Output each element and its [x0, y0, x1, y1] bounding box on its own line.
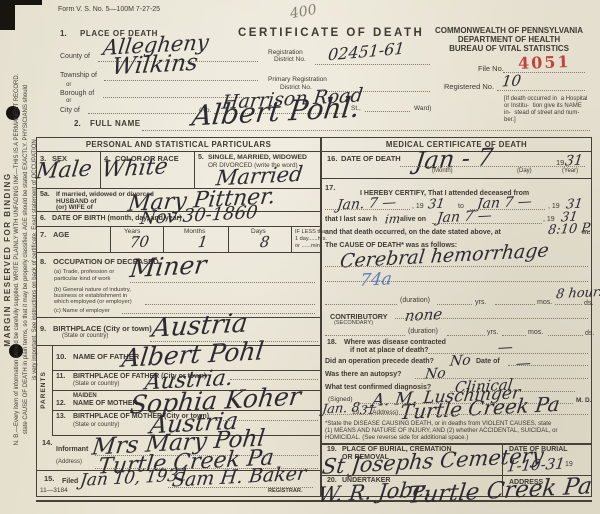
age-less-1: IF LESS than: [295, 229, 328, 235]
duration-line-2d: [548, 335, 583, 336]
occupation-c: (c) Name of employer: [54, 308, 110, 314]
age-col4: [291, 226, 292, 252]
registrar-label: REGISTRAR.: [268, 488, 303, 494]
registered-no-value: 10: [501, 71, 522, 90]
death-certificate-document: MARGIN RESERVED FOR BINDING N. B.—Every …: [0, 0, 600, 514]
spouse-no: 5a.: [40, 191, 50, 198]
row19-top-rule: [321, 443, 592, 445]
margin-nb-note: N. B.—Every item of information should b…: [14, 7, 20, 512]
informant-no: 14.: [42, 438, 52, 447]
row16-rule: [321, 178, 592, 179]
full-name-item-no: 2.: [74, 119, 81, 128]
form-number: Form V. S. No. 5—100M 7-27-25: [58, 6, 160, 13]
marital-label-1: SINGLE, MARRIED, WIDOWED: [208, 154, 307, 161]
md-label: M. D.: [576, 397, 592, 404]
file-no-stamp: 4051: [518, 52, 571, 73]
ds-label-1: ds.: [584, 300, 593, 307]
father-bp-line: [230, 379, 318, 380]
mother-label: NAME OF MOTHER: [73, 400, 138, 407]
city-label: City of: [60, 107, 80, 114]
mother-maiden-label: MAIDEN: [73, 393, 97, 399]
mos-label-1: mos.: [537, 299, 552, 306]
scan-edge-artifact: [0, 0, 42, 5]
reg-district-label-2: District No.: [274, 56, 306, 63]
full-name-label: FULL NAME: [90, 119, 141, 128]
cause-line-1: [325, 266, 588, 267]
burial-date-value: 1-10-31: [506, 454, 566, 475]
primary-district-label-1: Primary Registration: [268, 76, 327, 83]
personal-header-rule: [36, 151, 321, 152]
mother-bp-sub: (State or country): [73, 422, 119, 428]
dod-value: Jan - 7: [413, 143, 494, 175]
duration-label-2: (duration): [408, 328, 438, 335]
burial-date-label: DATE OF BURIAL: [509, 446, 568, 453]
occupation-b-line: [145, 304, 315, 305]
duration-line-2c: [502, 335, 526, 336]
attended-from-date: Jan. 7 —: [336, 194, 397, 213]
operation-label: Did an operation precede death?: [325, 358, 434, 365]
mother-no: 12.: [56, 400, 66, 407]
marital-no: 5.: [198, 154, 204, 161]
birthplace-no: 9.: [40, 324, 46, 333]
agency-line-1: COMMONWEALTH OF PENNSYLVANIA: [425, 26, 593, 35]
age-label: AGE: [53, 230, 69, 239]
mother-bp-line: [215, 420, 318, 421]
agency-line-2: DEPARTMENT OF HEALTH: [425, 35, 593, 44]
age-years-value: 70: [129, 232, 150, 251]
file-no-label: File No.: [478, 64, 504, 73]
q18-no: 18.: [327, 339, 337, 346]
attend-line-1: [325, 209, 410, 210]
occupation-no: 8.: [40, 257, 46, 266]
filed-label: Filed: [62, 478, 78, 485]
birthplace-label: BIRTHPLACE (City or town): [53, 324, 152, 333]
operation-line: [508, 365, 588, 366]
footnote: *State the DISEASE CAUSING DEATH, or in …: [325, 420, 558, 441]
autopsy-label: Was there an autopsy?: [325, 371, 401, 378]
footnote-line-2: (1) MEANS AND NATURE OF INJURY, AND (2) …: [325, 427, 558, 434]
occupation-a2: particular kind of work: [54, 276, 110, 282]
age-less-3: or ......min.: [295, 243, 321, 249]
autopsy-value: No: [424, 365, 447, 382]
township-line: [104, 80, 258, 81]
city-line: [88, 113, 196, 114]
reg-district-line: [315, 64, 430, 65]
age-col3: [228, 226, 229, 252]
birthplace-sub: (State or country): [62, 333, 108, 339]
township-label: Township of: [60, 72, 97, 79]
contributory-line: [395, 318, 588, 319]
borough-label: Borough of: [60, 90, 94, 97]
parents-label: PARENTS: [40, 348, 47, 432]
secondary-label: (SECONDARY): [334, 320, 373, 326]
date-of-label: Date of: [476, 358, 500, 365]
cause-code: 74a: [359, 269, 393, 291]
ds-label-2: ds.: [585, 330, 594, 337]
place-item-no: 1.: [60, 29, 67, 38]
informant-label: Informant: [56, 446, 88, 453]
age-col2: [163, 226, 164, 252]
duration-line-2a: [325, 335, 405, 336]
registered-no-label: Registered No.: [444, 82, 494, 91]
footnote-line-3: HOMICIDAL. (See reverse side for additio…: [325, 434, 558, 441]
last-saw-mid: alive on: [400, 216, 426, 223]
address-line: [322, 414, 588, 415]
last-saw-line: [432, 223, 542, 224]
occupation-a1: (a) Trade, profession or: [54, 269, 114, 275]
mother-bp-no: 13.: [56, 413, 66, 420]
death-time-m: m.: [582, 229, 590, 236]
yrs-label-1: yrs.: [475, 299, 486, 306]
dod-label: DATE OF DEATH: [341, 154, 401, 163]
duration-line-1c: [495, 304, 535, 305]
father-no: 10.: [56, 352, 66, 361]
personal-header: PERSONAL AND STATISTICAL PARTICULARS: [36, 140, 321, 149]
margin-cause-note: state CAUSE OF DEATH in plain terms, so …: [23, 7, 29, 512]
operation-value: No: [449, 352, 472, 369]
print-code: 11—3184: [40, 487, 68, 494]
age-no: 7.: [40, 230, 46, 239]
father-bp-sub: (State or country): [73, 381, 119, 387]
duration-line-1d: [555, 304, 582, 305]
footnote-line-1: *State the DISEASE CAUSING DEATH, or in …: [325, 420, 558, 427]
age-col1: [110, 226, 111, 252]
dob-no: 6.: [40, 215, 46, 222]
spouse-label-3: (or) WIFE of: [56, 204, 93, 211]
township-value: Wilkins: [110, 50, 199, 81]
burial-no: 19.: [327, 446, 337, 453]
ward-line: [365, 111, 410, 112]
last-saw-pre: that I last saw h: [325, 216, 377, 223]
duration-line-2b: [447, 335, 485, 336]
q18-line-2: if not at place of death?: [350, 347, 429, 354]
informant-addr-label: (Address): [56, 459, 82, 465]
or-label-2: or: [66, 98, 71, 104]
burial-19-printed: 19: [565, 461, 573, 468]
margin-binding-note: MARGIN RESERVED FOR BINDING: [3, 7, 12, 512]
dod-line: [400, 166, 585, 167]
death-occurred-label: and that death occurred, on the date sta…: [325, 229, 501, 236]
race-value: White: [100, 154, 169, 183]
ward-label: Ward): [414, 105, 431, 112]
contributory-value: none: [404, 305, 443, 325]
father-bp-no: 11.: [56, 373, 65, 380]
certificate-title: CERTIFICATE OF DEATH: [238, 27, 424, 39]
dod-no: 16.: [327, 154, 337, 163]
registered-no-line: [497, 90, 585, 91]
or-label-1: or: [66, 82, 71, 88]
dod-month-label: (Month): [432, 168, 453, 174]
last-saw-pronoun: im: [384, 212, 401, 227]
county-label: County of: [60, 53, 90, 60]
yrs-label-2: yrs.: [487, 329, 498, 336]
hospital-note: [If death occurred in a Hospital or Inst…: [504, 96, 592, 124]
q18-line-1: Where was disease contracted: [344, 339, 446, 346]
attended-to-19: , 19: [548, 203, 560, 210]
certify-no: 17.: [325, 183, 335, 192]
filed-no: 15.: [44, 474, 54, 483]
occupation-value: Miner: [128, 250, 208, 283]
duration-line-1a: [325, 304, 397, 305]
reg-district-value: 02451-61: [327, 39, 405, 65]
dod-day-label: (Day): [517, 168, 532, 174]
duration-label-1: (duration): [400, 297, 430, 304]
occupation-a-line: [130, 282, 315, 283]
occupation-b3: which employed (or employer): [54, 299, 132, 305]
race-marital-divider: [194, 151, 195, 188]
agency-block: COMMONWEALTH OF PENNSYLVANIA DEPARTMENT …: [425, 26, 593, 53]
pencil-notation: 400: [289, 2, 318, 22]
reg-district-label-1: Registration: [268, 49, 303, 56]
attended-from-19: , 19: [412, 203, 424, 210]
mos-label-2: mos.: [528, 329, 543, 336]
age-less-2: 1 day......hrs.: [295, 236, 327, 242]
dod-year-label: (Year): [562, 168, 578, 174]
operation-date-value: —: [515, 354, 532, 373]
sex-value: Male: [34, 156, 93, 184]
